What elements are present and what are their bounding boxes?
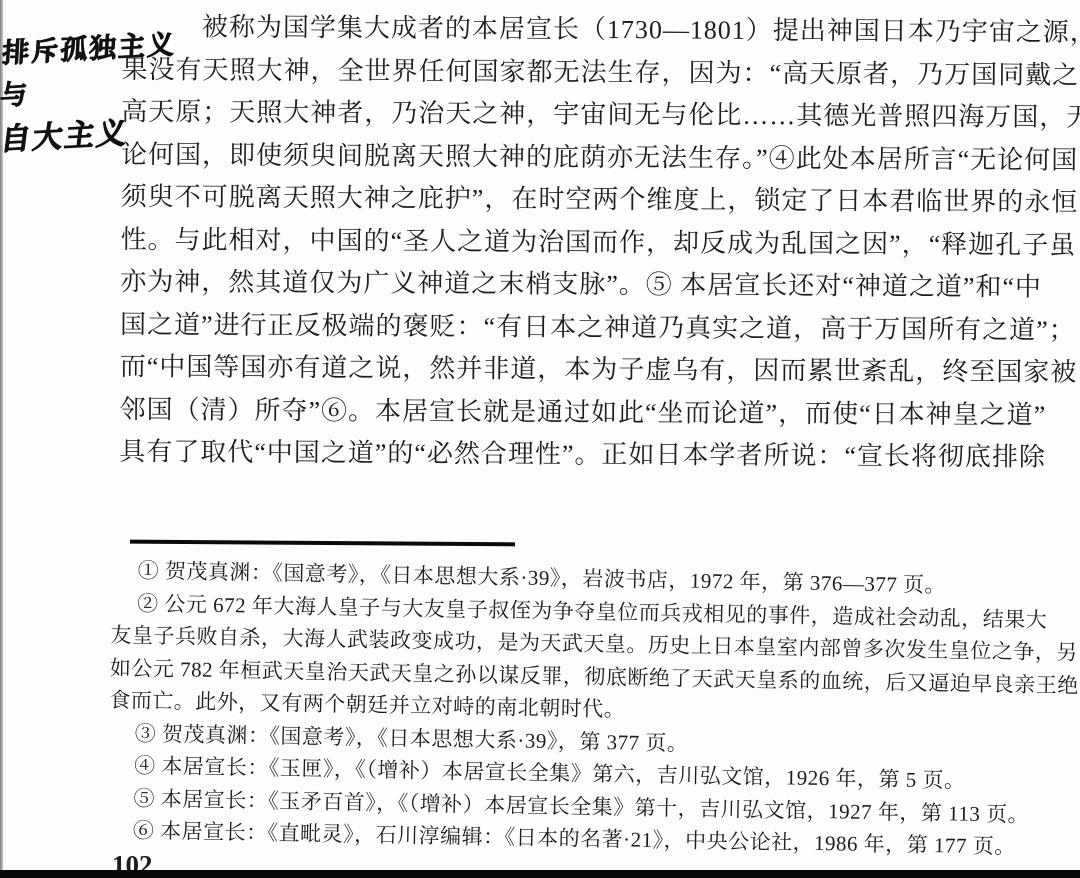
scanned-book-page: 排斥孤独主义与 自大主义 被称为国学集大成者的本居宣长（1730—1801）提出…	[0, 0, 1080, 878]
body-line: 被称为国学集大成者的本居宣长（1730—1801）提出神国日本乃宇宙之源，如	[122, 6, 1067, 54]
body-line: 高天原；天照大神者，乃治天之神，宇宙间无与伦比……其德光普照四海万国，无	[121, 91, 1066, 139]
scan-bottom-border	[0, 870, 1080, 878]
body-paragraph: 被称为国学集大成者的本居宣长（1730—1801）提出神国日本乃宇宙之源，如 果…	[119, 6, 1067, 479]
body-line: 亦为神，然其道仅为广义神道之末梢支脉”。⑤ 本居宣长还对“神道之道”和“中	[120, 261, 1065, 309]
body-line: 邻国（清）所夺”⑥。本居宣长就是通过如此“坐而论道”，而使“日本神皇之道”	[119, 388, 1064, 436]
body-line: 性。与此相对，中国的“圣人之道为治国而作，却反成为乱国之因”，“释迦孔子虽	[120, 218, 1065, 266]
body-line: 果没有天照大神，全世界任何国家都无法生存，因为：“高天原者，乃万国同戴之	[121, 48, 1066, 96]
footnote-divider	[130, 540, 515, 547]
body-line: 国之道”进行正反极端的褒贬：“有日本之神道乃真实之道，高于万国所有之道”；	[120, 303, 1065, 351]
body-line: 具有了取代“中国之道”的“必然合理性”。正如日本学者所说：“宣长将彻底排除	[119, 431, 1064, 479]
body-line: 而“中国等国亦有道之说，然并非道，本为子虚乌有，因而累世紊乱，终至国家被	[120, 346, 1065, 394]
footnote-section: ① 贺茂真渊：《国意考》，《日本思想大系·39》，岩波书店，1972 年，第 3…	[107, 554, 1062, 864]
body-line: 须臾不可脱离天照大神之庇护”，在时空两个维度上，锁定了日本君临世界的永恒	[121, 176, 1066, 224]
body-line: 论何国，即使须臾间脱离天照大神的庇荫亦无法生存。”④此处本居所言“无论何国	[121, 133, 1066, 181]
